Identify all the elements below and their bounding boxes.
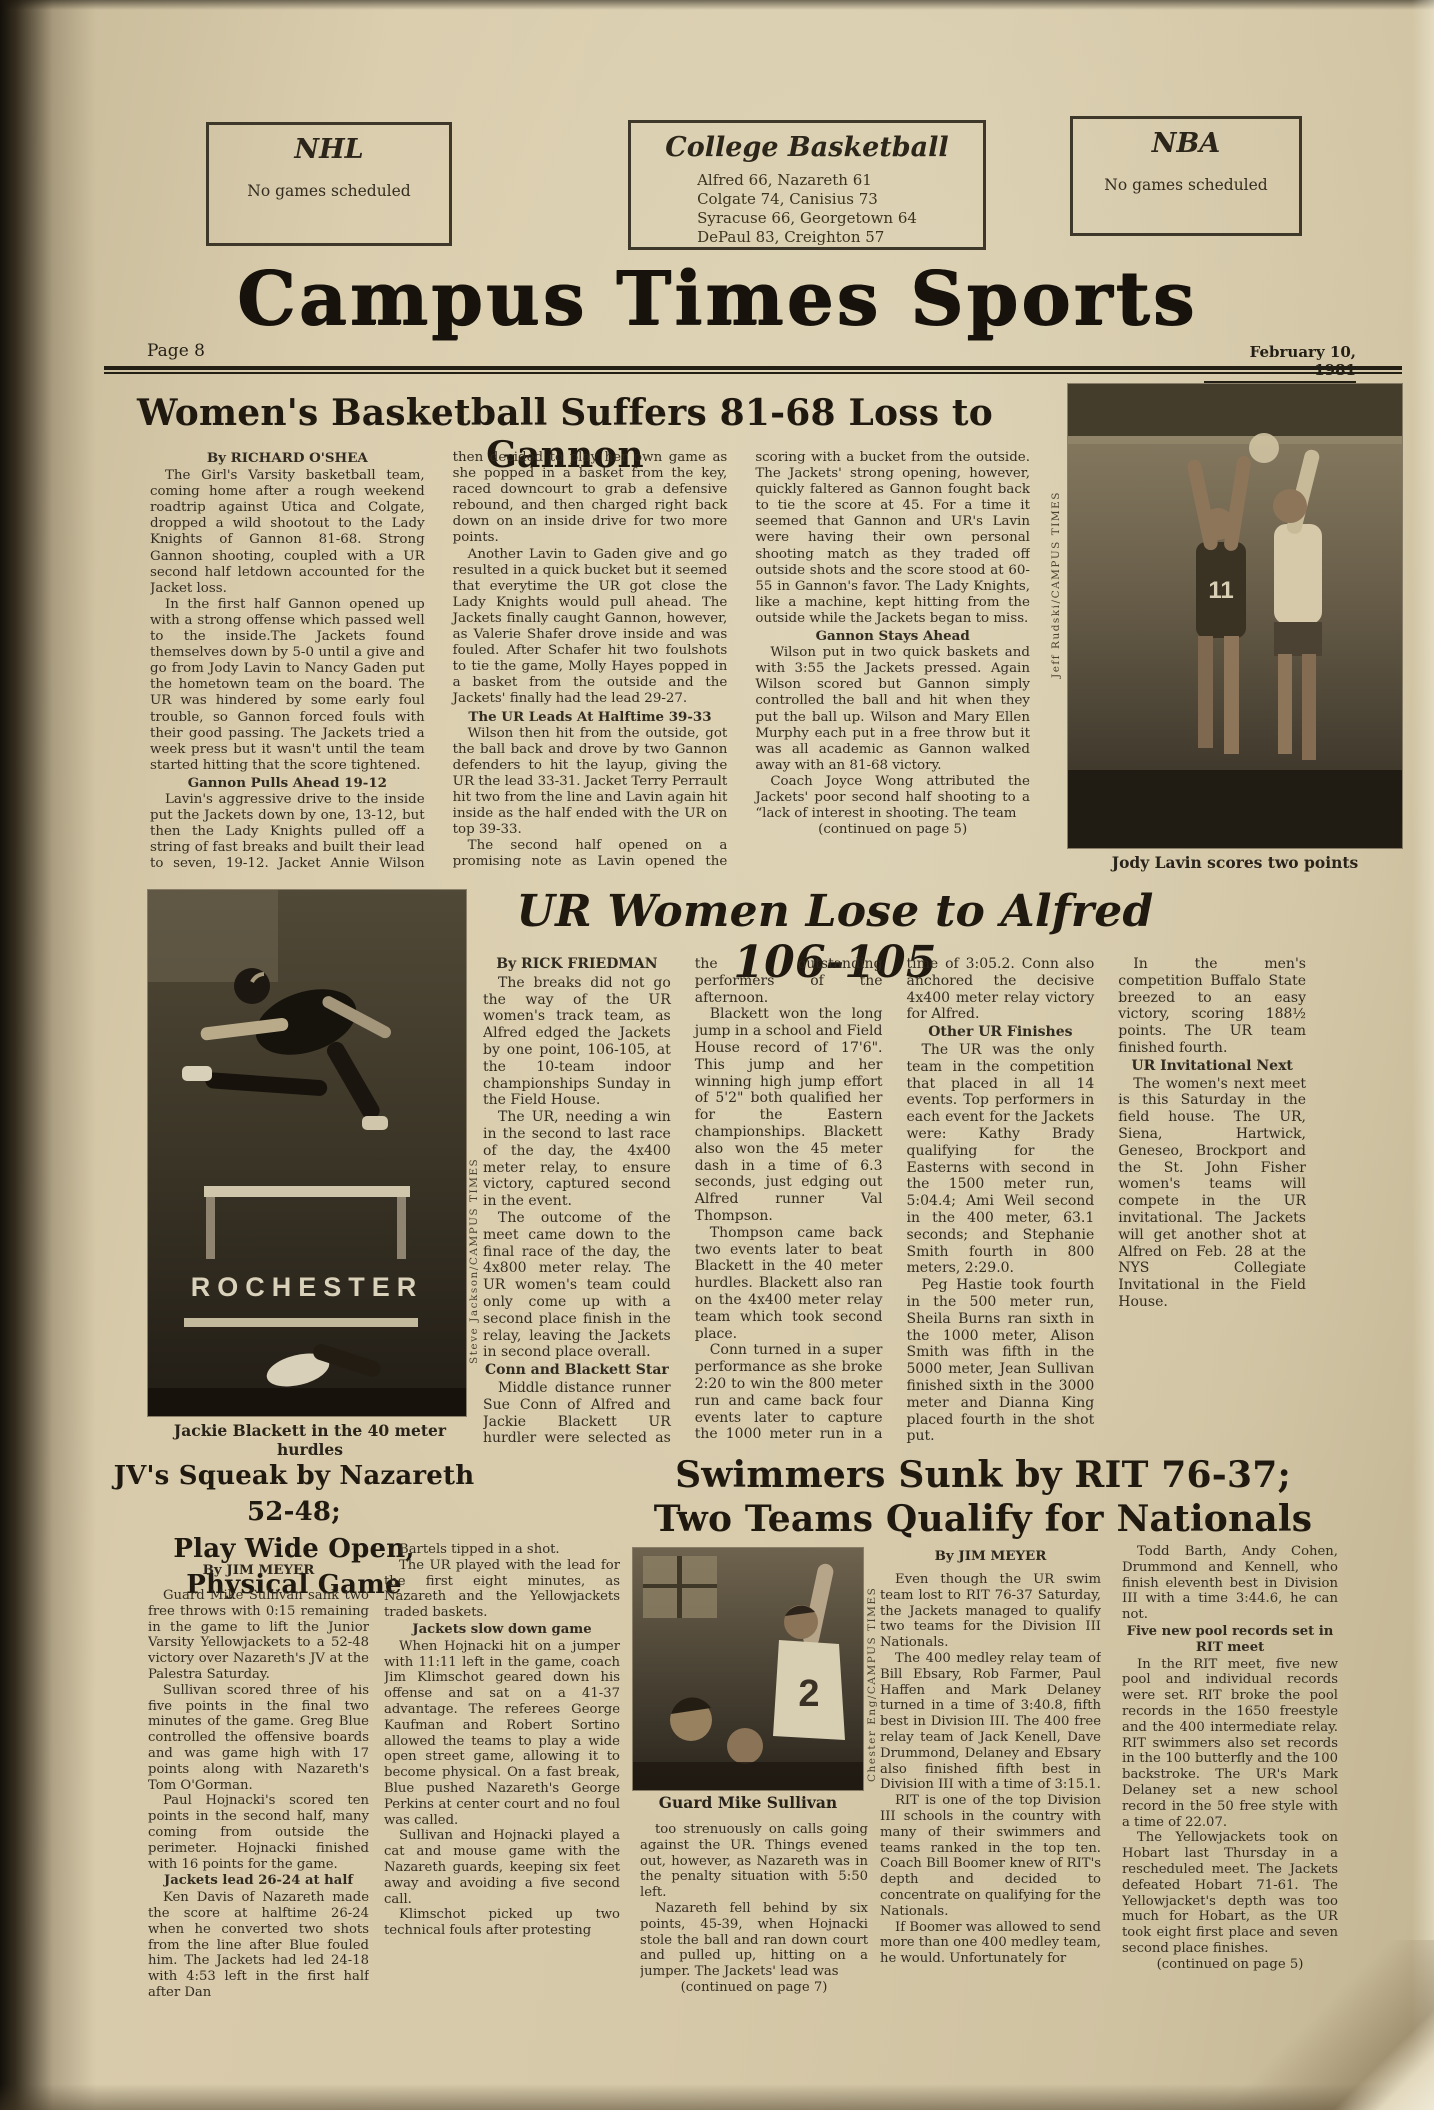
article-body-womens-basketball: By RICHARD O'SHEAThe Girl's Varsity bask… (150, 450, 1030, 880)
article-paragraph: Blackett won the long jump in a school a… (695, 1006, 883, 1224)
article-subhead: Jackets slow down game (384, 1622, 620, 1638)
nba-title: NBA (1073, 128, 1299, 159)
continued-note: (continued on page 7) (640, 1980, 868, 1996)
jv-column-3: too strenuously on calls going against t… (640, 1822, 868, 2062)
photo-caption-gannon: Jody Lavin scores two points (1068, 853, 1402, 872)
article-paragraph: The women's next meet is this Saturday i… (1118, 1076, 1306, 1311)
score-line: Colgate 74, Canisius 73 (697, 190, 917, 209)
article-paragraph: Peg Hastie took fourth in the 500 meter … (907, 1277, 1095, 1445)
photo-mike-sullivan: 2 (633, 1548, 863, 1790)
nhl-note: No games scheduled (209, 182, 449, 200)
article-subhead: Gannon Pulls Ahead 19-12 (150, 775, 425, 791)
score-box-nhl: NHL No games scheduled (206, 122, 452, 246)
article-paragraph: The breaks did not go the way of the UR … (483, 975, 671, 1109)
scan-edge-right (1412, 0, 1434, 2110)
headline-jv-line1: JV's Squeak by Nazareth 52-48; (108, 1458, 480, 1531)
scan-edge-left (0, 0, 96, 2110)
article-paragraph: Klimschot picked up two technical fouls … (384, 1907, 620, 1939)
article-body-track: By RICK FRIEDMANThe breaks did not go th… (483, 956, 1306, 1456)
byline-swim: By JIM MEYER (880, 1548, 1101, 1564)
article-paragraph: The Yellowjackets took on Hobart last Th… (1122, 1830, 1338, 1956)
photo-caption-sullivan: Guard Mike Sullivan (633, 1793, 863, 1812)
article-paragraph: The UR was the only team in the competit… (907, 1042, 1095, 1277)
article-paragraph: The 400 medley relay team of Bill Ebsary… (880, 1651, 1101, 1793)
college-basketball-scores: Alfred 66, Nazareth 61Colgate 74, Canisi… (697, 171, 917, 247)
article-subhead: The UR Leads At Halftime 39-33 (453, 709, 728, 725)
article-subhead: Jackets lead 26-24 at half (148, 1873, 369, 1889)
masthead-title: Campus Times Sports (197, 256, 1237, 342)
headline-swimmers-rit: Swimmers Sunk by RIT 76-37; Two Teams Qu… (650, 1454, 1316, 1542)
swim-column-2: Todd Barth, Andy Cohen, Drummond and Ken… (1122, 1544, 1338, 1996)
score-box-nba: NBA No games scheduled (1070, 116, 1302, 236)
jersey-number-11: 11 (1208, 577, 1233, 604)
article-paragraph: Even though the UR swim team lost to RIT… (880, 1572, 1101, 1651)
headline-swim-line2: Two Teams Qualify for Nationals (650, 1498, 1316, 1542)
article-paragraph: The UR played with the lead for the firs… (384, 1558, 620, 1621)
photo-basketball-gannon: 11 (1068, 384, 1402, 848)
jv-column-1: Guard Mike Sullivan sank two free throws… (148, 1588, 369, 2060)
article-byline: By RICK FRIEDMAN (483, 956, 671, 973)
article-subhead: Other UR Finishes (907, 1024, 1095, 1041)
photo-hurdles-blackett: ROCHESTER (148, 890, 466, 1416)
jv-column-2: Bartels tipped in a shot.The UR played w… (384, 1542, 620, 2062)
swim-column-1: Even though the UR swim team lost to RIT… (880, 1572, 1101, 2064)
article-paragraph: Guard Mike Sullivan sank two free throws… (148, 1588, 369, 1683)
article-subhead: Gannon Stays Ahead (755, 628, 1030, 644)
score-line: Syracuse 66, Georgetown 64 (697, 209, 917, 228)
article-paragraph: When Hojnacki hit on a jumper with 11:11… (384, 1639, 620, 1829)
photo-caption-hurdles: Jackie Blackett in the 40 meter hurdles (150, 1421, 470, 1459)
article-paragraph: In the men's competition Buffalo State b… (1118, 956, 1306, 1057)
article-subhead: Conn and Blackett Star (483, 1362, 671, 1379)
newspaper-page: NHL No games scheduled College Basketbal… (0, 0, 1434, 2110)
article-paragraph: If Boomer was allowed to send more than … (880, 1920, 1101, 1967)
nba-note: No games scheduled (1073, 176, 1299, 194)
article-paragraph: Sullivan scored three of his five points… (148, 1683, 369, 1794)
article-paragraph: Coach Joyce Wong attributed the Jackets'… (755, 774, 1030, 822)
article-paragraph: Wilson put in two quick baskets and with… (755, 645, 1030, 774)
article-paragraph: The UR, needing a win in the second to l… (483, 1109, 671, 1210)
article-paragraph: Thompson came back two events later to b… (695, 1225, 883, 1343)
article-paragraph: Wilson then hit from the outside, got th… (453, 726, 728, 839)
score-line: Alfred 66, Nazareth 61 (697, 171, 917, 190)
photo-credit-hurdles: Steve Jackson/CAMPUS TIMES (468, 1148, 480, 1364)
article-paragraph: Todd Barth, Andy Cohen, Drummond and Ken… (1122, 1544, 1338, 1623)
page-corner-curl (1214, 1940, 1434, 2110)
issue-date: February 10, 1981 (1204, 343, 1356, 383)
photo-credit-gannon: Jeff Rudski/CAMPUS TIMES (1050, 468, 1062, 678)
article-paragraph: Ken Davis of Nazareth made the score at … (148, 1890, 369, 2001)
article-subhead: UR Invitational Next (1118, 1058, 1306, 1075)
hurdles-photo-graphic: ROCHESTER (148, 890, 466, 1416)
byline-jv: By JIM MEYER (148, 1562, 369, 1578)
article-paragraph: Another Lavin to Gaden give and go resul… (453, 547, 728, 708)
headline-swim-line1: Swimmers Sunk by RIT 76-37; (650, 1454, 1316, 1498)
article-paragraph: In the RIT meet, five new pool and indiv… (1122, 1657, 1338, 1831)
rochester-banner-text: ROCHESTER (191, 1272, 424, 1302)
article-paragraph: Sullivan and Hojnacki played a cat and m… (384, 1828, 620, 1907)
jersey-number-2: 2 (798, 1673, 819, 1715)
article-paragraph: too strenuously on calls going against t… (640, 1822, 868, 1901)
score-line: DePaul 83, Creighton 57 (697, 228, 917, 247)
article-paragraph: Bartels tipped in a shot. (384, 1542, 620, 1558)
article-paragraph: Nazareth fell behind by six points, 45-3… (640, 1901, 868, 1980)
article-paragraph: Paul Hojnacki's scored ten points in the… (148, 1793, 369, 1872)
article-subhead: Five new pool records set in RIT meet (1122, 1624, 1338, 1656)
article-paragraph: The Girl's Varsity basketball team, comi… (150, 468, 425, 597)
scan-edge-top (0, 0, 1434, 10)
photo-credit-sullivan: Chester Eng/CAMPUS TIMES (866, 1578, 878, 1782)
continued-note: (continued on page 5) (755, 822, 1030, 838)
article-paragraph: In the first half Gannon opened up with … (150, 597, 425, 774)
sullivan-photo-graphic: 2 (633, 1548, 863, 1790)
basketball-photo-graphic: 11 (1068, 384, 1402, 848)
nhl-title: NHL (209, 134, 449, 165)
article-paragraph: The outcome of the meet came down to the… (483, 1210, 671, 1361)
score-box-college-basketball: College Basketball Alfred 66, Nazareth 6… (628, 120, 986, 250)
article-paragraph: RIT is one of the top Division III schoo… (880, 1793, 1101, 1919)
masthead-rule (104, 366, 1402, 374)
article-byline: By RICHARD O'SHEA (150, 450, 425, 466)
page-number: Page 8 (147, 341, 205, 361)
college-basketball-title: College Basketball (631, 132, 983, 163)
